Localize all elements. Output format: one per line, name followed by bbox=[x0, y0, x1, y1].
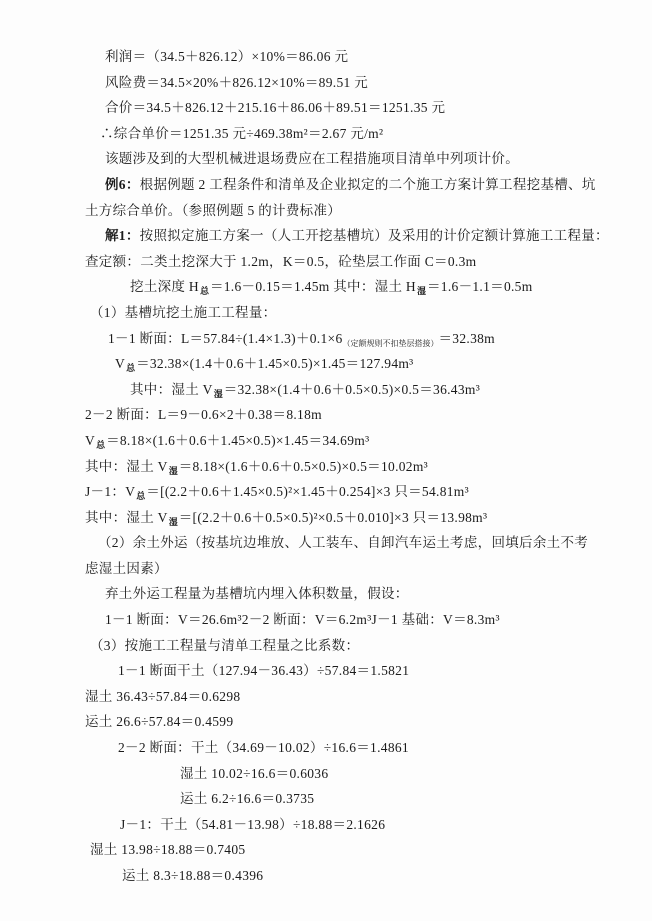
example6-text-cont: 土方综合单价。（参照例题 5 的计费标准） bbox=[85, 203, 341, 218]
subscript-total: 总 bbox=[136, 491, 145, 501]
subscript-total: 总 bbox=[96, 440, 105, 450]
doc-line: 其中：湿土 V湿＝[(2.2＋0.6＋0.5×0.5)²×0.5＋0.010]×… bbox=[85, 505, 572, 531]
doc-line: （3）按施工工程量与清单工程量之比系数： bbox=[90, 633, 572, 659]
doc-line: 其中：湿土 V湿＝32.38×(1.4＋0.6＋0.5×0.5)×0.5＝36.… bbox=[130, 377, 572, 403]
solution1-label: 解1： bbox=[105, 228, 140, 243]
subscript-wet: 湿 bbox=[169, 517, 178, 527]
subscript-wet: 湿 bbox=[417, 286, 426, 296]
doc-line: V总＝32.38×(1.4＋0.6＋1.45×0.5)×1.45＝127.94m… bbox=[115, 351, 572, 377]
doc-line: 例6：根据例题 2 工程条件和清单及企业拟定的二个施工方案计算工程挖基槽、坑 bbox=[105, 172, 572, 198]
section-2-heading: （2）余土外运（按基坑边堆放、人工装车、自卸汽车运土考虑，回填后余土不考 bbox=[98, 535, 588, 550]
doc-line: ∴综合单价＝1251.35 元÷469.38m²＝2.67 元/m² bbox=[100, 121, 572, 147]
doc-line: 湿土 10.02÷16.6＝0.6036 bbox=[180, 761, 572, 787]
doc-line: 解1：按照拟定施工方案一（人工开挖基槽坑）及采用的计价定额计算施工工程量： bbox=[105, 223, 572, 249]
subscript-wet: 湿 bbox=[169, 466, 178, 476]
doc-line: 利润＝（34.5＋826.12）×10%＝86.06 元 bbox=[105, 44, 572, 70]
doc-line: 湿土 36.43÷57.84＝0.6298 bbox=[85, 684, 572, 710]
doc-line: J－1：干土（54.81－13.98）÷18.88＝2.1626 bbox=[120, 812, 572, 838]
doc-line: 弃土外运工程量为基槽坑内埋入体积数量，假设： bbox=[105, 581, 572, 607]
doc-line: 该题涉及到的大型机械进退场费应在工程措施项目清单中列项计价。 bbox=[105, 146, 572, 172]
section-3-heading: （3）按施工工程量与清单工程量之比系数： bbox=[90, 638, 359, 653]
doc-line: 1－1 断面：L＝57.84÷(1.4×1.3)＋0.1×6（定额规则不扣垫层搭… bbox=[108, 326, 572, 352]
example6-text: 根据例题 2 工程条件和清单及企业拟定的二个施工方案计算工程挖基槽、坑 bbox=[140, 177, 596, 192]
doc-line: 查定额：二类土挖深大于 1.2m，K＝0.5，砼垫层工作面 C＝0.3m bbox=[85, 249, 572, 275]
formula-profit: 利润＝（34.5＋826.12）×10%＝86.06 元 bbox=[105, 49, 348, 64]
doc-line: 合价＝34.5＋826.12＋215.16＋86.06＋89.51＝1251.3… bbox=[105, 95, 572, 121]
doc-line: （1）基槽坑挖土施工工程量： bbox=[90, 300, 572, 326]
formula-unit-price: ∴综合单价＝1251.35 元÷469.38m²＝2.67 元/m² bbox=[100, 126, 383, 141]
formula-total-price: 合价＝34.5＋826.12＋215.16＋86.06＋89.51＝1251.3… bbox=[105, 100, 445, 115]
doc-line: 运土 6.2÷16.6＝0.3735 bbox=[180, 786, 572, 812]
doc-line: 1－1 断面：V＝26.6m³2－2 断面：V＝6.2m³J－1 基础：V＝8.… bbox=[105, 607, 572, 633]
note-machinery: 该题涉及到的大型机械进退场费应在工程措施项目清单中列项计价。 bbox=[105, 151, 519, 166]
doc-line: 1－1 断面干土（127.94－36.43）÷57.84＝1.5821 bbox=[118, 658, 572, 684]
doc-line: 虑湿土因素） bbox=[85, 556, 572, 582]
doc-line: 湿土 13.98÷18.88＝0.7405 bbox=[90, 837, 572, 863]
subscript-total: 总 bbox=[126, 363, 135, 373]
document-page: 利润＝（34.5＋826.12）×10%＝86.06 元 风险费＝34.5×20… bbox=[0, 0, 652, 921]
doc-line: （2）余土外运（按基坑边堆放、人工装车、自卸汽车运土考虑，回填后余土不考 bbox=[98, 530, 572, 556]
doc-line: J－1：V总＝[(2.2＋0.6＋1.45×0.5)²×1.45＋0.254]×… bbox=[85, 479, 572, 505]
doc-line: 2－2 断面：L＝9－0.6×2＋0.38＝8.18m bbox=[85, 402, 572, 428]
doc-line: 土方综合单价。（参照例题 5 的计费标准） bbox=[85, 198, 572, 224]
subscript-wet: 湿 bbox=[214, 389, 223, 399]
section-1-heading: （1）基槽坑挖土施工工程量： bbox=[90, 305, 276, 320]
doc-line: 2－2 断面：干土（34.69－10.02）÷16.6＝1.4861 bbox=[118, 735, 572, 761]
quota-check: 查定额：二类土挖深大于 1.2m，K＝0.5，砼垫层工作面 C＝0.3m bbox=[85, 254, 476, 269]
example6-label: 例6： bbox=[105, 177, 140, 192]
subscript-total: 总 bbox=[200, 286, 209, 296]
doc-line: 运土 26.6÷57.84＝0.4599 bbox=[85, 709, 572, 735]
quota-rule-note: （定额规则不扣垫层搭接） bbox=[343, 339, 439, 348]
doc-line: 运土 8.3÷18.88＝0.4396 bbox=[122, 863, 572, 889]
doc-line: 挖土深度 H总＝1.6－0.15＝1.45m 其中：湿土 H湿＝1.6－1.1＝… bbox=[130, 274, 572, 300]
doc-line: 风险费＝34.5×20%＋826.12×10%＝89.51 元 bbox=[105, 70, 572, 96]
doc-line: V总＝8.18×(1.6＋0.6＋1.45×0.5)×1.45＝34.69m³ bbox=[85, 428, 572, 454]
doc-line: 其中：湿土 V湿＝8.18×(1.6＋0.6＋0.5×0.5)×0.5＝10.0… bbox=[85, 454, 572, 480]
formula-risk-fee: 风险费＝34.5×20%＋826.12×10%＝89.51 元 bbox=[105, 75, 368, 90]
solution1-text: 按照拟定施工方案一（人工开挖基槽坑）及采用的计价定额计算施工工程量： bbox=[140, 228, 609, 243]
